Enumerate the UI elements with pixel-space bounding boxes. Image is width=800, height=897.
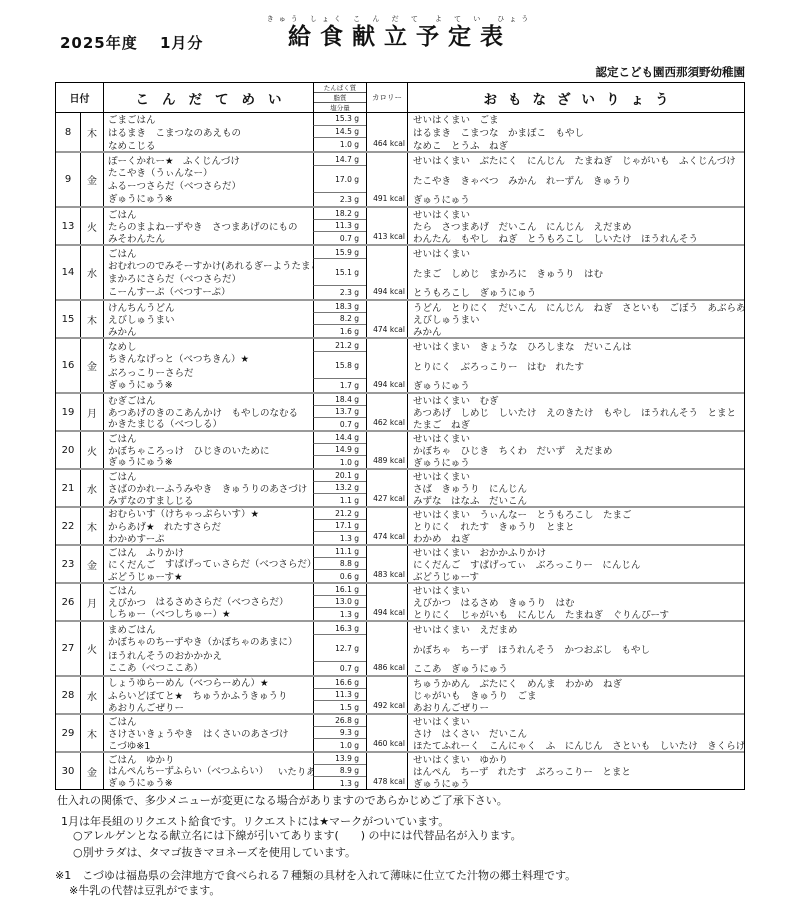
- col-header-nutrients: たんぱく質 脂質 塩分量: [313, 83, 366, 112]
- menu-item-allergen-text: しょうゆらーめん（べつらーめん）★: [108, 677, 269, 689]
- col-header-menu: こんだてめい: [103, 83, 313, 112]
- ingredient-list: せいはくまい ぶたにく にんじん たまねぎ じゃがいも ふくじんづけ: [407, 153, 744, 166]
- menu-item-allergen-text: ふるーつさらだ（べつさらだ）: [108, 180, 241, 193]
- school-name: 認定こども園西那須野幼稚園: [596, 64, 746, 80]
- menu-item: あおりんごぜりー: [103, 701, 313, 713]
- nutrient-value: 13.7 g: [313, 406, 366, 418]
- day-of-week-cell: 水: [80, 470, 103, 506]
- date-cell: 27: [56, 622, 80, 675]
- nutrient-value: 2.3 g: [313, 286, 366, 299]
- note-line: ○別サラダは、タマゴ抜きマヨネーズを使用しています。: [55, 847, 755, 860]
- ingredient-list: せいはくまい むぎ: [407, 394, 744, 406]
- ingredient-list: ぎゅうにゅう: [407, 456, 744, 468]
- nutrient-value: 1.5 g: [313, 701, 366, 713]
- ingredient-list: はるまき こまつな かまぼこ もやし: [407, 126, 744, 139]
- ingredient-list: せいはくまい うぃんなー とうもろこし たまご: [407, 508, 744, 520]
- ingredient-list: はんぺん ちーず れたす ぶろっこりー とまと: [407, 765, 744, 777]
- ingredient-list: ちゅうかめん ぶたにく めんま わかめ ねぎ: [407, 677, 744, 689]
- ingredient-list: ぎゅうにゅう: [407, 379, 744, 392]
- menu-item-allergen-text: たこやき（うぃんなー）: [108, 166, 213, 179]
- ingredient-list: さば きゅうり にんじん: [407, 482, 744, 494]
- table-row: 26月ごはんえびかつ はるさめさらだ（べつさらだ）しちゅー（べつしちゅー）★16…: [56, 582, 744, 620]
- nutrient-value: 8.2 g: [313, 313, 366, 325]
- day-of-week-cell: 木: [80, 715, 103, 751]
- menu-item: えびしゅうまい: [103, 313, 313, 325]
- menu-item-text: ほうれんそうのおかかかえ: [108, 649, 222, 662]
- table-row: 21水ごはんさばのかれーふうみやき きゅうりのあさづけみずなのすましじる20.1…: [56, 468, 744, 506]
- ingredient-list: ぶどうじゅーす: [407, 570, 744, 582]
- table-row: 27火まめごはんかぼちゃのちーずやき（かぼちゃのあまに）ほうれんそうのおかかかえ…: [56, 620, 744, 675]
- ingredient-list: みずな はなふ だいこん: [407, 494, 744, 506]
- menu-item: ここあ（べつここあ）: [103, 662, 313, 675]
- note-line: 1月は年長組のリクエスト給食です。リクエストには★マークがついています。: [55, 816, 755, 829]
- calorie-value: 491 kcal: [366, 153, 407, 206]
- menu-item: さばのかれーふうみやき きゅうりのあさづけ: [103, 482, 313, 494]
- menu-item-text: えびしゅうまい: [108, 313, 175, 325]
- nutrient-value: 1.0 g: [313, 138, 366, 151]
- day-of-week-cell: 金: [80, 546, 103, 582]
- calorie-value: 494 kcal: [366, 246, 407, 299]
- menu-item: なめこじる: [103, 138, 313, 151]
- col-header-salt: 塩分量: [314, 103, 366, 112]
- menu-item: ごはん: [103, 432, 313, 444]
- menu-item-allergen-text: ぎゅうにゅう※: [108, 193, 173, 206]
- nutrient-value: 18.4 g: [313, 394, 366, 406]
- date-cell: 14: [56, 246, 80, 299]
- menu-item-allergen-text: ちきんなげっと（べつちきん）★: [108, 352, 249, 365]
- day-of-week-cell: 月: [80, 584, 103, 620]
- menu-item: ごはん: [103, 584, 313, 596]
- title-furigana: きゅう しょく こ ん だ て よ て い ひょう: [0, 14, 800, 24]
- table-row: 8木ごまごはんはるまき こまつなのあえものなめこじる15.3 g14.5 g1.…: [56, 113, 744, 151]
- menu-item: けんちんうどん: [103, 301, 313, 313]
- menu-item: みかん: [103, 325, 313, 337]
- ingredient-list: せいはくまい: [407, 246, 744, 259]
- nutrient-value: 12.7 g: [313, 635, 366, 662]
- nutrient-value: 8.9 g: [313, 765, 366, 777]
- menu-item-text: ぽーくかれー★ ふくじんづけ: [108, 153, 240, 166]
- calorie-value: 460 kcal: [366, 715, 407, 751]
- date-cell: 21: [56, 470, 80, 506]
- page-header: 2025年度 1月分 きゅう しょく こ ん だ て よ て い ひょう 給食献…: [0, 0, 800, 82]
- ingredient-list: せいはくまい: [407, 584, 744, 596]
- ingredient-list: わかめ ねぎ: [407, 532, 744, 544]
- menu-item-text: ごはん: [108, 432, 137, 444]
- ingredient-list: えびしゅうまい: [407, 313, 744, 325]
- menu-item: からあげ★ れたすさらだ: [103, 520, 313, 532]
- menu-item-allergen-text: ぎゅうにゅう※: [108, 777, 173, 789]
- col-header-date: 日付: [56, 83, 103, 112]
- calorie-value: 483 kcal: [366, 546, 407, 582]
- date-cell: 26: [56, 584, 80, 620]
- table-row: 13火ごはんたらのまよねーずやき さつまあげのにものみそわんたん18.2 g11…: [56, 206, 744, 244]
- col-header-ingredients: おもなざいりょう: [407, 83, 744, 112]
- menu-item-allergen-text: おむらいす（けちゃっぷらいす）★: [108, 508, 259, 520]
- ingredient-list: みかん: [407, 325, 744, 337]
- date-cell: 19: [56, 394, 80, 430]
- menu-item: まかろにさらだ（べつさらだ）: [103, 273, 313, 286]
- table-row: 15木けんちんうどんえびしゅうまいみかん18.3 g8.2 g1.6 g474 …: [56, 299, 744, 337]
- nutrient-value: 17.1 g: [313, 520, 366, 532]
- menu-item-text: からあげ★ れたすさらだ: [108, 520, 221, 532]
- menu-item: ぎゅうにゅう※: [103, 193, 313, 206]
- menu-item-text: こづゆ※1: [108, 739, 150, 751]
- menu-item: たこやき（うぃんなー）: [103, 166, 313, 179]
- nutrient-value: 1.3 g: [313, 608, 366, 620]
- ingredient-list: とりにく ぶろっこりー はむ れたす: [407, 352, 744, 379]
- ingredient-list: せいはくまい ゆかり: [407, 753, 744, 765]
- table-row: 23金ごはん ふりかけにくだんご すぱげってぃさらだ（べつさらだ）ぶどうじゅーす…: [56, 544, 744, 582]
- nutrient-value: 21.2 g: [313, 508, 366, 520]
- menu-item-text: ごはん: [108, 715, 137, 727]
- day-of-week-cell: 月: [80, 394, 103, 430]
- menu-item: こーんすーぷ（べつすーぷ）: [103, 286, 313, 299]
- nutrient-value: 0.6 g: [313, 570, 366, 582]
- menu-item-text: ごはん: [108, 584, 137, 596]
- menu-item-text: いたりあんさらだ: [268, 765, 313, 777]
- ingredient-list: ぎゅうにゅう: [407, 193, 744, 206]
- nutrient-value: 15.1 g: [313, 259, 366, 286]
- menu-item-text: ごはん ゆかり: [108, 753, 175, 765]
- menu-item-text: たらのまよねーずやき さつまあげのにもの: [108, 220, 298, 232]
- menu-item: かきたまじる（べつしる）: [103, 418, 313, 430]
- table-row: 30金ごはん ゆかりはんぺんちーずふらい（べつふらい） いたりあんさらだぎゅうに…: [56, 751, 744, 789]
- menu-item-text: はるまき こまつなのあえもの: [108, 126, 241, 139]
- date-cell: 8: [56, 113, 80, 151]
- date-cell: 29: [56, 715, 80, 751]
- ingredient-list: にくだんご すぱげってぃ ぶろっこりー にんじん: [407, 558, 744, 570]
- menu-item-text: ふらいどぽてと★ ちゅうかふうきゅうり: [108, 689, 288, 701]
- table-row: 22木おむらいす（けちゃっぷらいす）★からあげ★ れたすさらだわかめすーぷ21.…: [56, 506, 744, 544]
- nutrient-value: 20.1 g: [313, 470, 366, 482]
- nutrient-value: 9.3 g: [313, 727, 366, 739]
- menu-item: さけさいきょうやき はくさいのあさづけ: [103, 727, 313, 739]
- date-cell: 15: [56, 301, 80, 337]
- menu-item-text: わかめすーぷ: [108, 532, 165, 544]
- menu-item: なめし: [103, 339, 313, 352]
- menu-item: ふらいどぽてと★ ちゅうかふうきゅうり: [103, 689, 313, 701]
- menu-item-text: なめこじる: [108, 138, 156, 151]
- calorie-value: 462 kcal: [366, 394, 407, 430]
- nutrient-value: 15.8 g: [313, 352, 366, 379]
- calorie-value: 494 kcal: [366, 584, 407, 620]
- nutrient-value: 1.1 g: [313, 494, 366, 506]
- menu-item: しょうゆらーめん（べつらーめん）★: [103, 677, 313, 689]
- menu-table: 日付 こんだてめい たんぱく質 脂質 塩分量 カロリー おもなざいりょう 8木ご…: [55, 82, 745, 790]
- ingredient-list: せいはくまい おかかふりかけ: [407, 546, 744, 558]
- menu-item-allergen-text: ぎゅうにゅう※: [108, 379, 173, 392]
- menu-item: おむらいす（けちゃっぷらいす）★: [103, 508, 313, 520]
- day-of-week-cell: 金: [80, 339, 103, 392]
- menu-item: ごまごはん: [103, 113, 313, 126]
- menu-item-text: みかん: [108, 325, 137, 337]
- menu-item-text: ごまごはん: [108, 113, 156, 126]
- menu-item-allergen-text: ここあ（べつここあ）: [108, 662, 203, 675]
- nutrient-value: 1.3 g: [313, 532, 366, 544]
- menu-item: えびかつ はるさめさらだ（べつさらだ）: [103, 596, 313, 608]
- nutrient-value: 15.3 g: [313, 113, 366, 126]
- date-cell: 22: [56, 508, 80, 544]
- menu-item: ぎゅうにゅう※: [103, 379, 313, 392]
- note-line: ○アレルゲンとなる献立名には下線が引いてあります( ) の中には代替品名が入りま…: [55, 830, 755, 843]
- table-row: 20火ごはんかぼちゃころっけ ひじきのいためにぎゅうにゅう※14.4 g14.9…: [56, 430, 744, 468]
- menu-item: ぎゅうにゅう※: [103, 456, 313, 468]
- ingredient-list: かぼちゃ ちーず ほうれんそう かつおぶし もやし: [407, 635, 744, 662]
- nutrient-value: 15.9 g: [313, 246, 366, 259]
- menu-item: ふるーつさらだ（べつさらだ）: [103, 180, 313, 193]
- nutrient-value: 1.7 g: [313, 379, 366, 392]
- ingredient-list: あつあげ しめじ しいたけ えのきたけ もやし ほうれんそう とまと: [407, 406, 744, 418]
- calorie-value: 427 kcal: [366, 470, 407, 506]
- menu-item-text: さばのかれーふうみやき きゅうりのあさづけ: [108, 482, 307, 494]
- ingredient-list: なめこ とうふ ねぎ: [407, 138, 744, 151]
- note-line: ※牛乳の代替は豆乳がでます。: [55, 885, 755, 897]
- nutrient-value: 11.3 g: [313, 220, 366, 232]
- calorie-value: 474 kcal: [366, 508, 407, 544]
- menu-item-text: あおりんごぜりー: [108, 701, 184, 713]
- menu-item: みそわんたん: [103, 232, 313, 244]
- date-cell: 13: [56, 208, 80, 244]
- ingredient-list: とりにく れたす きゅうり とまと: [407, 520, 744, 532]
- menu-item: こづゆ※1: [103, 739, 313, 751]
- nutrient-value: 14.5 g: [313, 126, 366, 139]
- menu-item-text: みずなのすましじる: [108, 494, 194, 506]
- ingredient-list: じゃがいも きゅうり ごま: [407, 689, 744, 701]
- nutrient-value: 16.6 g: [313, 677, 366, 689]
- date-cell: 23: [56, 546, 80, 582]
- menu-item-text: ごはん: [108, 208, 137, 220]
- date-cell: 9: [56, 153, 80, 206]
- menu-item: ぎゅうにゅう※: [103, 777, 313, 789]
- menu-item-text: さけさいきょうやき はくさいのあさづけ: [108, 727, 289, 739]
- nutrient-value: 13.0 g: [313, 596, 366, 608]
- nutrient-value: 0.7 g: [313, 662, 366, 675]
- menu-item-text: まめごはん: [108, 622, 156, 635]
- day-of-week-cell: 金: [80, 753, 103, 789]
- table-row: 16金なめしちきんなげっと（べつちきん）★ぶろっこりーさらだぎゅうにゅう※21.…: [56, 337, 744, 392]
- ingredient-list: せいはくまい ごま: [407, 113, 744, 126]
- nutrient-value: 0.7 g: [313, 418, 366, 430]
- menu-item: たらのまよねーずやき さつまあげのにもの: [103, 220, 313, 232]
- menu-item-text: けんちんうどん: [108, 301, 175, 313]
- menu-item-allergen-text: こーんすーぷ（べつすーぷ）: [108, 286, 231, 299]
- menu-item: ちきんなげっと（べつちきん）★: [103, 352, 313, 365]
- note-line: 仕入れの関係で、多少メニューが変更になる場合がありますのであらかじめご了承下さい…: [55, 795, 755, 808]
- ingredient-list: とりにく じゃがいも にんじん たまねぎ ぐりんぴーす: [407, 608, 744, 620]
- menu-item: にくだんご すぱげってぃさらだ（べつさらだ）: [103, 558, 313, 570]
- menu-item-text: かぼちゃころっけ ひじきのいために: [108, 444, 270, 456]
- date-cell: 30: [56, 753, 80, 789]
- nutrient-value: 21.2 g: [313, 339, 366, 352]
- menu-item: ごはん: [103, 246, 313, 259]
- date-cell: 28: [56, 677, 80, 713]
- date-cell: 20: [56, 432, 80, 468]
- menu-item: ごはん ふりかけ: [103, 546, 313, 558]
- ingredient-list: ほたてふれーく こんにゃく ふ にんじん さといも しいたけ きくらげ: [407, 739, 744, 751]
- day-of-week-cell: 水: [80, 677, 103, 713]
- nutrient-value: 1.0 g: [313, 456, 366, 468]
- nutrient-value: 11.3 g: [313, 689, 366, 701]
- notes: 仕入れの関係で、多少メニューが変更になる場合がありますのであらかじめご了承下さい…: [55, 795, 755, 897]
- ingredient-list: えびかつ はるさめ きゅうり はむ: [407, 596, 744, 608]
- nutrient-value: 14.4 g: [313, 432, 366, 444]
- menu-item-text: ぶろっこりーさらだ: [108, 366, 194, 379]
- ingredient-list: せいはくまい: [407, 432, 744, 444]
- calorie-value: 478 kcal: [366, 753, 407, 789]
- day-of-week-cell: 金: [80, 153, 103, 206]
- day-of-week-cell: 火: [80, 208, 103, 244]
- nutrient-value: 2.3 g: [313, 193, 366, 206]
- calorie-value: 464 kcal: [366, 113, 407, 151]
- ingredient-list: ぎゅうにゅう: [407, 777, 744, 789]
- menu-item: ほうれんそうのおかかかえ: [103, 649, 313, 662]
- day-of-week-cell: 木: [80, 113, 103, 151]
- nutrient-value: 17.0 g: [313, 166, 366, 193]
- menu-item-text: あつあげのきのこあんかけ もやしのなむる: [108, 406, 298, 418]
- calorie-value: 474 kcal: [366, 301, 407, 337]
- note-line: ※1 こづゆは福島県の会津地方で食べられる７種類の具材を入れて薄味に仕立てた汁物…: [55, 870, 755, 883]
- menu-item-allergen-text: しちゅー（べつしちゅー）★: [108, 608, 231, 620]
- menu-item: ごはん: [103, 208, 313, 220]
- ingredient-list: せいはくまい きょうな ひろしまな だいこんは: [407, 339, 744, 352]
- menu-item: しちゅー（べつしちゅー）★: [103, 608, 313, 620]
- menu-item-text: ぶどうじゅーす★: [108, 570, 183, 582]
- nutrient-value: 14.9 g: [313, 444, 366, 456]
- menu-item: ぶどうじゅーす★: [103, 570, 313, 582]
- menu-item: かぼちゃのちーずやき（かぼちゃのあまに）: [103, 635, 313, 648]
- menu-item-text: えびかつ: [108, 596, 156, 608]
- calorie-value: 413 kcal: [366, 208, 407, 244]
- table-row: 29木ごはんさけさいきょうやき はくさいのあさづけこづゆ※126.8 g9.3 …: [56, 713, 744, 751]
- menu-item-text: むぎごはん: [108, 394, 156, 406]
- nutrient-value: 13.2 g: [313, 482, 366, 494]
- col-header-protein: たんぱく質: [314, 83, 366, 93]
- nutrient-value: 1.0 g: [313, 739, 366, 751]
- day-of-week-cell: 火: [80, 432, 103, 468]
- menu-item: あつあげのきのこあんかけ もやしのなむる: [103, 406, 313, 418]
- menu-item-allergen-text: かぼちゃのちーずやき（かぼちゃのあまに）: [108, 635, 298, 648]
- col-header-fat: 脂質: [314, 93, 366, 103]
- ingredient-list: とうもろこし ぎゅうにゅう: [407, 286, 744, 299]
- date-cell: 16: [56, 339, 80, 392]
- ingredient-list: わんたん もやし ねぎ とうもろこし しいたけ ほうれんそう: [407, 232, 744, 244]
- ingredient-list: たこやき きゃべつ みかん れーずん きゅうり: [407, 166, 744, 193]
- table-body: 8木ごまごはんはるまき こまつなのあえものなめこじる15.3 g14.5 g1.…: [56, 113, 744, 789]
- menu-item: ごはん: [103, 470, 313, 482]
- menu-item-allergen-text: はんぺんちーずふらい（べつふらい）: [108, 765, 268, 777]
- nutrient-value: 16.3 g: [313, 622, 366, 635]
- page-title: 給食献立予定表: [0, 25, 800, 50]
- table-row: 14水ごはんおむれつのでみそーすかけ(あれるぎーようたまご)まかろにさらだ（べつ…: [56, 244, 744, 299]
- day-of-week-cell: 木: [80, 301, 103, 337]
- ingredient-list: たら さつまあげ だいこん にんじん えだまめ: [407, 220, 744, 232]
- menu-item: ごはん: [103, 715, 313, 727]
- ingredient-list: うどん とりにく だいこん にんじん ねぎ さといも ごぼう あぶらあげ: [407, 301, 744, 313]
- menu-item-text: ごはん ふりかけ: [108, 546, 184, 558]
- nutrient-value: 18.3 g: [313, 301, 366, 313]
- ingredient-list: さけ はくさい だいこん: [407, 727, 744, 739]
- menu-item: ぽーくかれー★ ふくじんづけ: [103, 153, 313, 166]
- menu-item-text: ごはん: [108, 470, 137, 482]
- menu-item-text: なめし: [108, 339, 137, 352]
- ingredient-list: かぼちゃ ひじき ちくわ だいず えだまめ: [407, 444, 744, 456]
- menu-item-text: にくだんご: [108, 558, 165, 570]
- menu-item: ごはん ゆかり: [103, 753, 313, 765]
- ingredient-list: たまご ねぎ: [407, 418, 744, 430]
- nutrient-value: 16.1 g: [313, 584, 366, 596]
- calorie-value: 492 kcal: [366, 677, 407, 713]
- day-of-week-cell: 火: [80, 622, 103, 675]
- menu-item-text: みそわんたん: [108, 232, 165, 244]
- nutrient-value: 1.3 g: [313, 777, 366, 789]
- nutrient-value: 0.7 g: [313, 232, 366, 244]
- menu-item: はるまき こまつなのあえもの: [103, 126, 313, 139]
- nutrient-value: 26.8 g: [313, 715, 366, 727]
- menu-item: ぶろっこりーさらだ: [103, 366, 313, 379]
- menu-item-allergen-text: すぱげってぃさらだ（べつさらだ）: [165, 558, 313, 570]
- menu-item: はんぺんちーずふらい（べつふらい） いたりあんさらだ: [103, 765, 313, 777]
- menu-item: みずなのすましじる: [103, 494, 313, 506]
- col-header-calorie: カロリー: [366, 83, 407, 112]
- nutrient-value: 18.2 g: [313, 208, 366, 220]
- nutrient-value: 8.8 g: [313, 558, 366, 570]
- menu-item: むぎごはん: [103, 394, 313, 406]
- calorie-value: 494 kcal: [366, 339, 407, 392]
- menu-item-allergen-text: はるさめさらだ（べつさらだ）: [156, 596, 289, 608]
- table-row: 9金ぽーくかれー★ ふくじんづけたこやき（うぃんなー）ふるーつさらだ（べつさらだ…: [56, 151, 744, 206]
- menu-item-allergen-text: ぎゅうにゅう※: [108, 456, 173, 468]
- nutrient-value: 1.6 g: [313, 325, 366, 337]
- ingredient-list: たまご しめじ まかろに きゅうり はむ: [407, 259, 744, 286]
- day-of-week-cell: 木: [80, 508, 103, 544]
- ingredient-list: せいはくまい: [407, 208, 744, 220]
- title-block: きゅう しょく こ ん だ て よ て い ひょう 給食献立予定表: [0, 14, 800, 50]
- table-row: 19月むぎごはんあつあげのきのこあんかけ もやしのなむるかきたまじる（べつしる）…: [56, 392, 744, 430]
- ingredient-list: あおりんごぜりー: [407, 701, 744, 713]
- menu-item-allergen-text: まかろにさらだ（べつさらだ）: [108, 273, 241, 286]
- ingredient-list: せいはくまい: [407, 470, 744, 482]
- ingredient-list: せいはくまい: [407, 715, 744, 727]
- ingredient-list: ここあ ぎゅうにゅう: [407, 662, 744, 675]
- day-of-week-cell: 水: [80, 246, 103, 299]
- menu-item: わかめすーぷ: [103, 532, 313, 544]
- nutrient-value: 11.1 g: [313, 546, 366, 558]
- ingredient-list: せいはくまい えだまめ: [407, 622, 744, 635]
- nutrient-value: 13.9 g: [313, 753, 366, 765]
- menu-item: まめごはん: [103, 622, 313, 635]
- menu-item-text: ごはん: [108, 246, 137, 259]
- calorie-value: 489 kcal: [366, 432, 407, 468]
- menu-item: おむれつのでみそーすかけ(あれるぎーようたまご): [103, 259, 313, 272]
- table-header: 日付 こんだてめい たんぱく質 脂質 塩分量 カロリー おもなざいりょう: [56, 83, 744, 113]
- menu-item-allergen-text: おむれつのでみそーすかけ(あれるぎーようたまご): [108, 259, 313, 272]
- calorie-value: 486 kcal: [366, 622, 407, 675]
- nutrient-value: 14.7 g: [313, 153, 366, 166]
- table-row: 28水しょうゆらーめん（べつらーめん）★ふらいどぽてと★ ちゅうかふうきゅうりあ…: [56, 675, 744, 713]
- menu-item: かぼちゃころっけ ひじきのいために: [103, 444, 313, 456]
- menu-item-allergen-text: かきたまじる（べつしる）: [108, 418, 222, 430]
